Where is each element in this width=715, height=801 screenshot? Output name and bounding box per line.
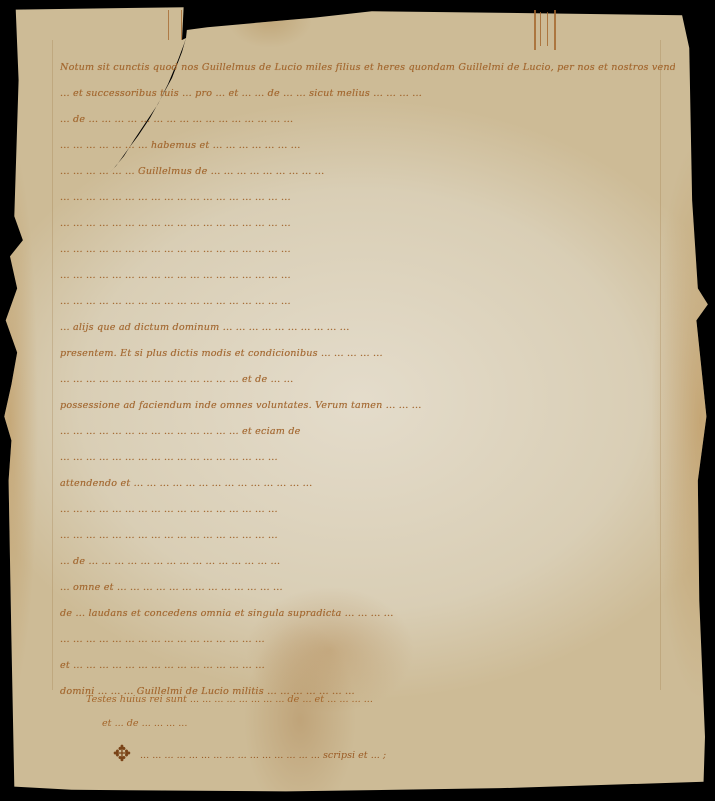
notarial-subscription: ✥ ... ... ... ... ... ... ... ... ... ..… [86,740,646,770]
text-line: ... ... ... ... ... ... ... ... ... ... … [60,289,675,315]
text-line: attendendo et ... ... ... ... ... ... ..… [60,471,675,497]
left-margin-ruling [52,40,53,690]
text-line: ... alijs que ad dictum dominum ... ... … [60,315,675,341]
text-line: ... ... ... ... ... ... ... ... ... ... … [60,211,675,237]
text-line: ... ... ... ... ... ... ... habemus et .… [60,133,675,159]
witness-line: Testes huius rei sunt ... ... ... ... ..… [86,688,646,712]
text-line: presentem. Et si plus dictis modis et co… [60,341,675,367]
witness-list: Testes huius rei sunt ... ... ... ... ..… [86,688,646,736]
text-line: ... de ... ... ... ... ... ... ... ... .… [60,549,675,575]
top-margin-mark [168,10,182,40]
text-line: Notum sit cunctis quod nos Guillelmus de… [60,55,675,81]
text-line: ... ... ... ... ... ... ... ... ... ... … [60,497,675,523]
text-line: ... ... ... ... ... ... ... ... ... ... … [60,263,675,289]
text-line: ... et successoribus tuis ... pro ... et… [60,81,675,107]
text-line: ... ... ... ... ... ... ... ... ... ... … [60,523,675,549]
text-line: ... ... ... ... ... ... ... ... ... ... … [60,237,675,263]
witness-line: et ... de ... ... ... ... [86,712,646,736]
text-line: ... ... ... ... ... ... Guillelmus de ..… [60,159,675,185]
text-line: ... de ... ... ... ... ... ... ... ... .… [60,107,675,133]
notarial-signum-icon: ✥ [110,738,134,772]
charter-body: Notum sit cunctis quod nos Guillelmus de… [60,55,675,705]
text-line: et ... ... ... ... ... ... ... ... ... .… [60,653,675,679]
document-viewer: Notum sit cunctis quod nos Guillelmus de… [0,0,715,801]
text-line: ... ... ... ... ... ... ... ... ... ... … [60,627,675,653]
text-line: possessione ad faciendum inde omnes volu… [60,393,675,419]
notary-text: ... ... ... ... ... ... ... ... ... ... … [140,750,386,761]
text-line: ... ... ... ... ... ... ... ... ... ... … [60,419,675,445]
chirograph-mark [534,10,556,50]
text-line: ... ... ... ... ... ... ... ... ... ... … [60,367,675,393]
text-line: ... omne et ... ... ... ... ... ... ... … [60,575,675,601]
text-line: ... ... ... ... ... ... ... ... ... ... … [60,445,675,471]
text-line: ... ... ... ... ... ... ... ... ... ... … [60,185,675,211]
text-line: de ... laudans et concedens omnia et sin… [60,601,675,627]
